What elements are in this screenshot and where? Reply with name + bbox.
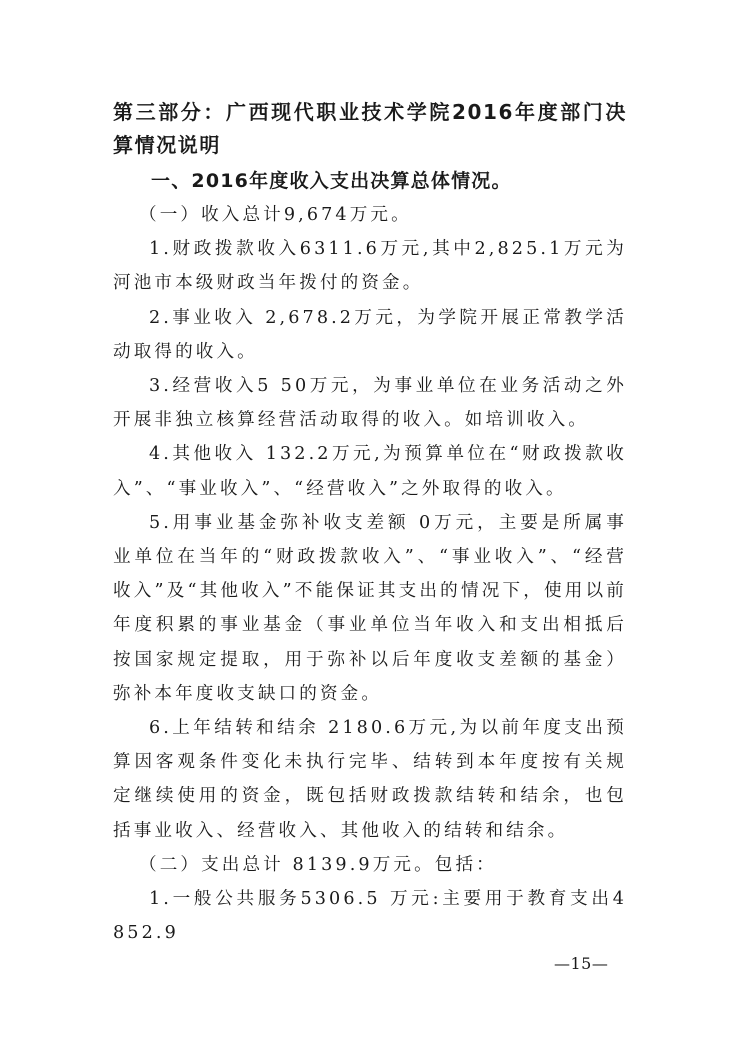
- paragraph-income-5: 5.用事业基金弥补收支差额 0万元，主要是所属事业单位在当年的“财政拨款收入”、…: [113, 506, 627, 711]
- paragraph-expense-total: （二）支出总计 8139.9万元。包括：: [113, 848, 627, 882]
- document-title: 第三部分：广西现代职业技术学院2016年度部门决算情况说明: [113, 96, 627, 162]
- paragraph-income-total: （一）收入总计9,674万元。: [113, 198, 627, 232]
- paragraph-income-6: 6.上年结转和结余 2180.6万元,为以前年度支出预算因客观条件变化未执行完毕…: [113, 711, 627, 848]
- paragraph-income-4: 4.其他收入 132.2万元,为预算单位在“财政拨款收入”、“事业收入”、“经营…: [113, 437, 627, 505]
- document-page: 第三部分：广西现代职业技术学院2016年度部门决算情况说明 一、2016年度收入…: [113, 96, 627, 950]
- paragraph-expense-1: 1.一般公共服务5306.5 万元:主要用于教育支出4852.9: [113, 882, 627, 950]
- paragraph-income-1: 1.财政拨款收入6311.6万元,其中2,825.1万元为河池市本级财政当年拨付…: [113, 232, 627, 300]
- section-heading: 一、2016年度收入支出决算总体情况。: [113, 164, 627, 198]
- paragraph-income-3: 3.经营收入5 50万元，为事业单位在业务活动之外开展非独立核算经营活动取得的收…: [113, 369, 627, 437]
- page-number: —15—: [554, 954, 608, 973]
- paragraph-income-2: 2.事业收入 2,678.2万元，为学院开展正常教学活动取得的收入。: [113, 301, 627, 369]
